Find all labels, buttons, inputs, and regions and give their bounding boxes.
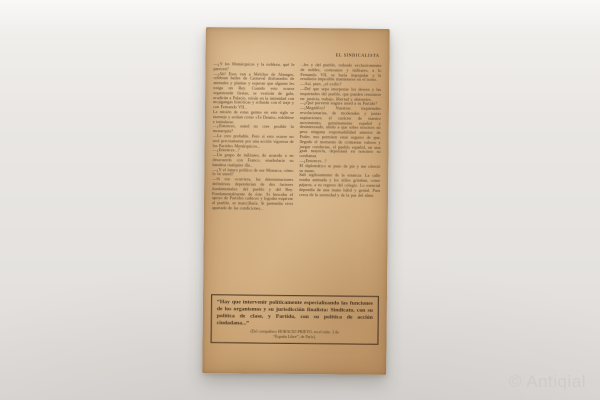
document-paper: EL SINDICALISTA —¿Y los Monárquicos y la… bbox=[202, 27, 390, 375]
document-page: EL SINDICALISTA —¿Y los Monárquicos y la… bbox=[202, 27, 390, 375]
page-header-title: EL SINDICALISTA bbox=[214, 51, 382, 58]
quote-text: “Hay que intervenir políticamente especi… bbox=[217, 299, 373, 329]
quote-attribution: (Del compañero HORACIO PRIETO, en el núm… bbox=[217, 330, 373, 341]
text-column-left: —¿Y los Monárquicos y la nobleza, qué le… bbox=[211, 62, 294, 287]
copyright-watermark: © Antiqial bbox=[509, 372, 586, 392]
quote-box: “Hay que intervenir políticamente especi… bbox=[211, 294, 380, 345]
two-column-text: —¿Y los Monárquicos y la nobleza, qué le… bbox=[211, 62, 381, 288]
text-column-right: ...les y del pueblo, rodeado exclusivame… bbox=[298, 63, 381, 288]
photo-backdrop: EL SINDICALISTA —¿Y los Monárquicos y la… bbox=[0, 0, 600, 400]
